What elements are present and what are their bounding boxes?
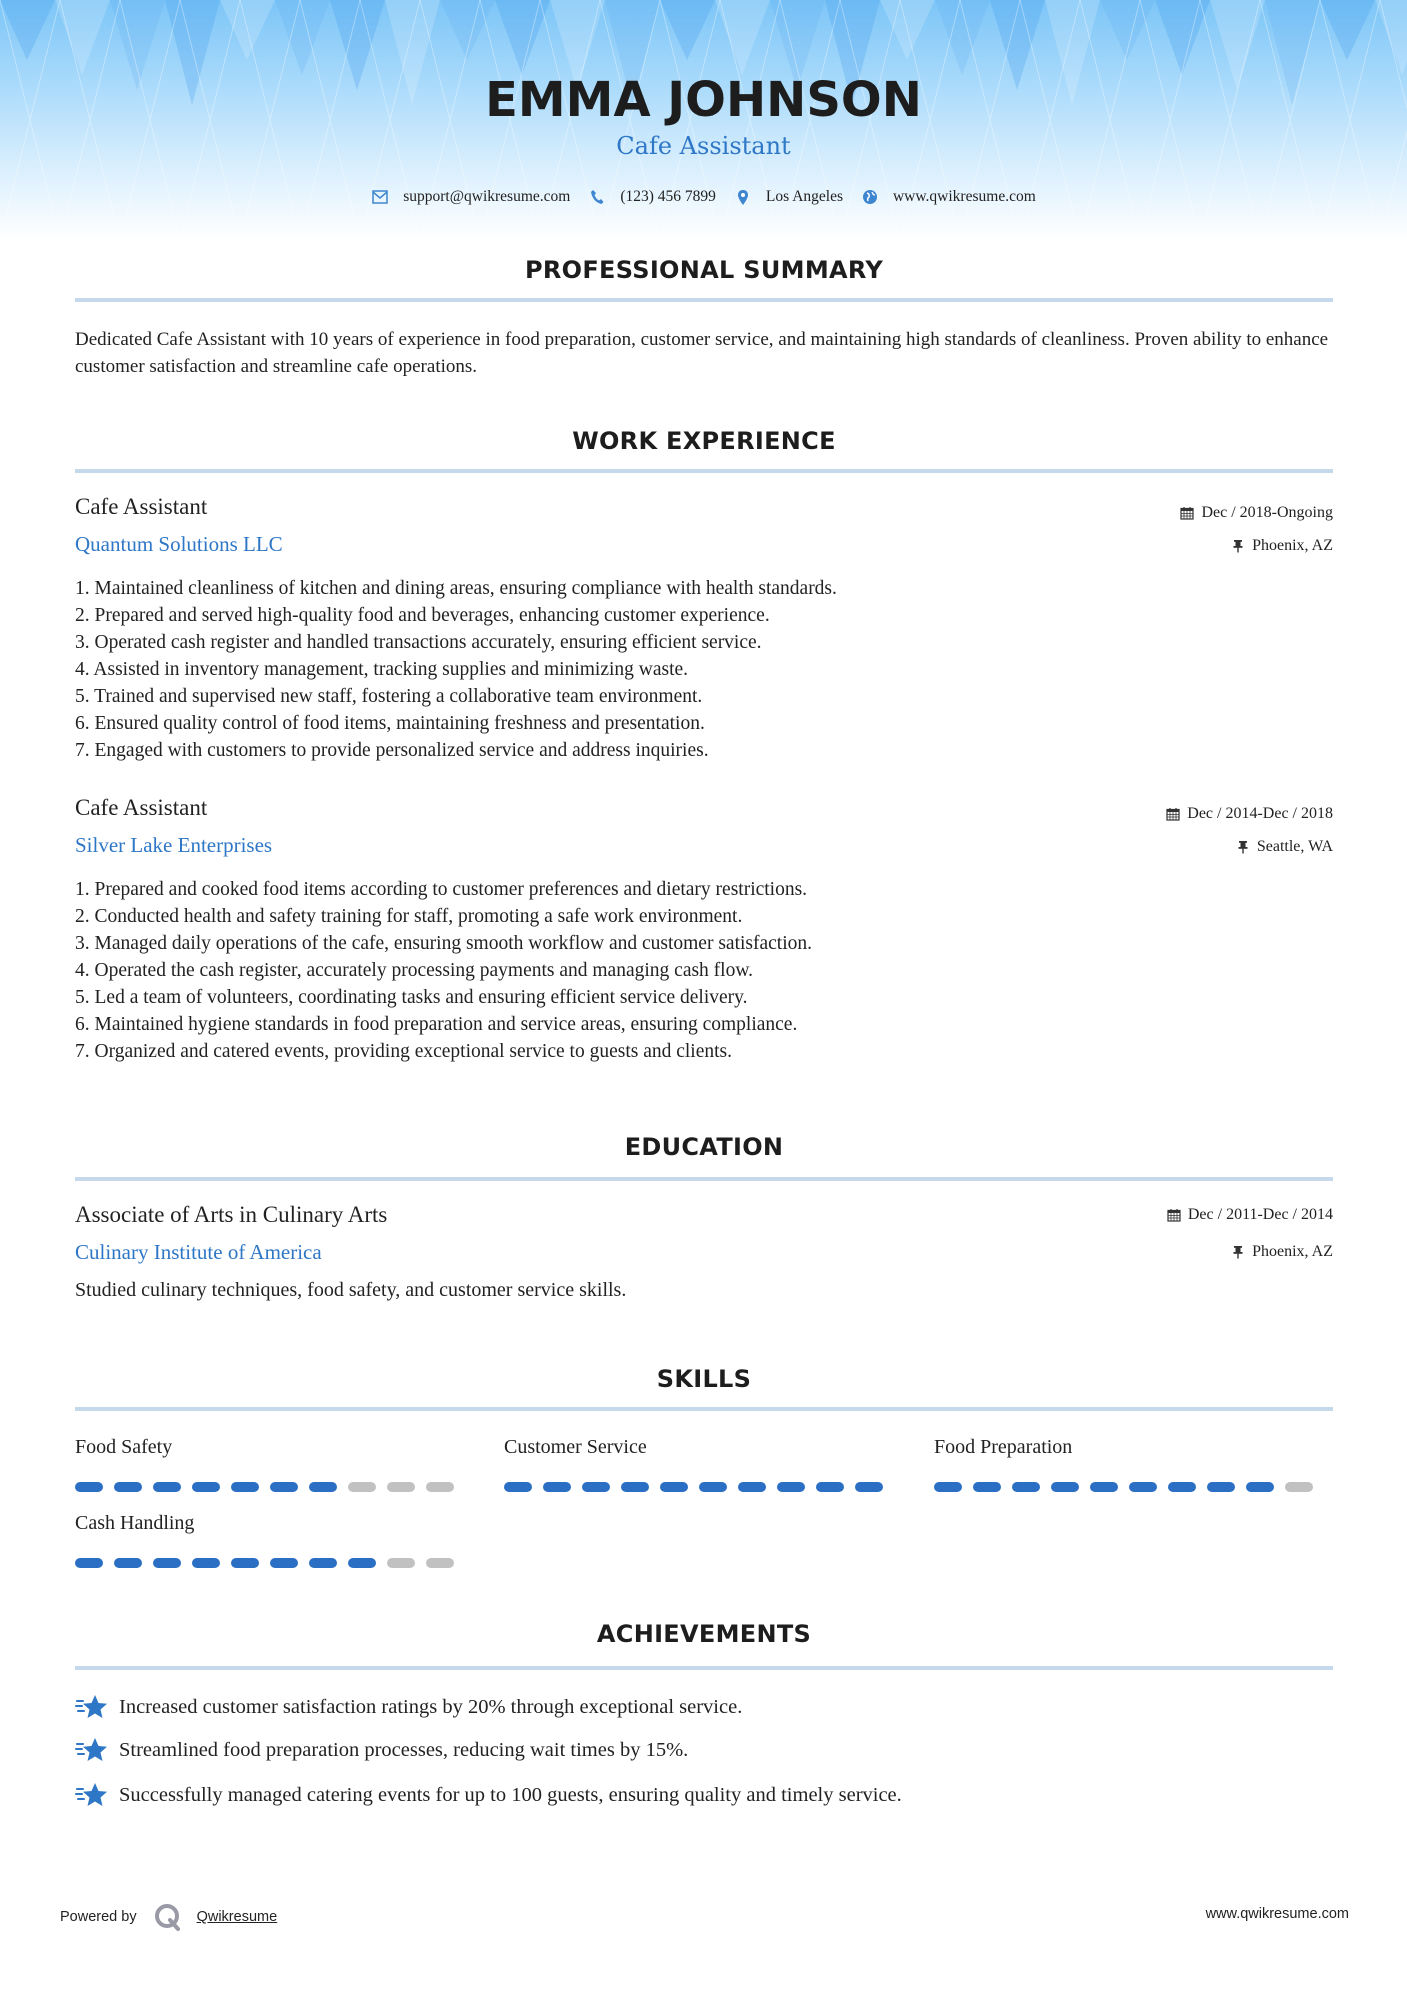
envelope-icon: [371, 188, 389, 206]
skill-segment: [543, 1482, 571, 1492]
dates-text: Dec / 2011-Dec / 2014: [1188, 1206, 1333, 1224]
skill-name: Customer Service: [504, 1436, 647, 1459]
skill-segment: [231, 1482, 259, 1492]
skill-segment: [270, 1482, 298, 1492]
list-item: 5. Led a team of volunteers, coordinatin…: [75, 984, 812, 1011]
section-title-summary: PROFESSIONAL SUMMARY: [75, 256, 1333, 284]
list-item: 3. Managed daily operations of the cafe,…: [75, 930, 812, 957]
skill-segment: [231, 1558, 259, 1568]
section-title-education: EDUCATION: [75, 1133, 1333, 1161]
footer-website[interactable]: www.qwikresume.com: [1206, 1906, 1349, 1922]
contact-phone[interactable]: (123) 456 7899: [588, 188, 716, 206]
job-title: Cafe Assistant: [75, 795, 207, 821]
pushpin-icon: [1230, 538, 1246, 554]
job-location: Seattle, WA: [1235, 838, 1333, 856]
job-title: Cafe Assistant: [75, 494, 207, 520]
list-item: 2. Conducted health and safety training …: [75, 903, 812, 930]
list-item: 1. Maintained cleanliness of kitchen and…: [75, 575, 837, 602]
globe-icon: [861, 188, 879, 206]
skill-meter: [75, 1482, 454, 1492]
skill-segment: [1168, 1482, 1196, 1492]
phone-text: (123) 456 7899: [620, 188, 716, 206]
skill-segment: [153, 1482, 181, 1492]
section-divider: [75, 1177, 1333, 1181]
skill-segment: [114, 1558, 142, 1568]
phone-icon: [588, 188, 606, 206]
section-divider: [75, 469, 1333, 473]
powered-by-text: Powered by: [60, 1909, 137, 1925]
skill-segment: [387, 1558, 415, 1568]
list-item: 2. Prepared and served high-quality food…: [75, 602, 837, 629]
pushpin-icon: [1235, 839, 1251, 855]
list-item: 1. Prepared and cooked food items accord…: [75, 876, 812, 903]
job-bullets: 1. Prepared and cooked food items accord…: [75, 876, 812, 1065]
job-dates: Dec / 2018-Ongoing: [1179, 504, 1333, 522]
school-name: Culinary Institute of America: [75, 1240, 322, 1265]
candidate-name: EMMA JOHNSON: [0, 72, 1407, 128]
contact-location: Los Angeles: [734, 188, 843, 206]
section-divider: [75, 298, 1333, 302]
star-icon: [75, 1735, 109, 1765]
candidate-role: Cafe Assistant: [0, 132, 1407, 160]
list-item: 4. Operated the cash register, accuratel…: [75, 957, 812, 984]
skill-segment: [348, 1482, 376, 1492]
skill-segment: [1012, 1482, 1040, 1492]
achievement-item: Increased customer satisfaction ratings …: [75, 1692, 742, 1722]
skill-meter: [75, 1558, 454, 1568]
skill-meter: [934, 1482, 1313, 1492]
skill-segment: [777, 1482, 805, 1492]
map-marker-icon: [734, 188, 752, 206]
skill-name: Cash Handling: [75, 1512, 194, 1535]
skill-segment: [192, 1558, 220, 1568]
skill-segment: [348, 1558, 376, 1568]
company-name: Quantum Solutions LLC: [75, 532, 283, 557]
skill-segment: [1090, 1482, 1118, 1492]
skill-segment: [192, 1482, 220, 1492]
list-item: 5. Trained and supervised new staff, fos…: [75, 683, 837, 710]
achievement-item: Successfully managed catering events for…: [75, 1780, 902, 1810]
skill-segment: [1246, 1482, 1274, 1492]
skill-segment: [621, 1482, 649, 1492]
star-icon: [75, 1692, 109, 1722]
achievement-text: Successfully managed catering events for…: [119, 1784, 902, 1807]
education-dates: Dec / 2011-Dec / 2014: [1166, 1206, 1333, 1224]
skill-segment: [973, 1482, 1001, 1492]
skill-segment: [699, 1482, 727, 1492]
skill-segment: [660, 1482, 688, 1492]
contact-email[interactable]: support@qwikresume.com: [371, 188, 570, 206]
calendar-icon: [1166, 1207, 1182, 1223]
list-item: 6. Maintained hygiene standards in food …: [75, 1011, 812, 1038]
skill-segment: [153, 1558, 181, 1568]
location-text: Seattle, WA: [1257, 838, 1333, 856]
star-icon: [75, 1780, 109, 1810]
list-item: 7. Engaged with customers to provide per…: [75, 737, 837, 764]
footer-powered-by: Powered by Qwikresume: [60, 1902, 277, 1932]
location-text: Los Angeles: [766, 188, 843, 206]
pushpin-icon: [1230, 1244, 1246, 1260]
skill-segment: [1207, 1482, 1235, 1492]
skill-segment: [270, 1558, 298, 1568]
section-divider: [75, 1407, 1333, 1411]
section-title-skills: SKILLS: [75, 1365, 1333, 1393]
list-item: 6. Ensured quality control of food items…: [75, 710, 837, 737]
job-dates: Dec / 2014-Dec / 2018: [1165, 805, 1333, 823]
contact-bar: support@qwikresume.com (123) 456 7899 Lo…: [0, 188, 1407, 206]
skill-segment: [738, 1482, 766, 1492]
location-text: Phoenix, AZ: [1252, 1243, 1333, 1261]
summary-text: Dedicated Cafe Assistant with 10 years o…: [75, 326, 1335, 380]
skill-segment: [114, 1482, 142, 1492]
qwikresume-link[interactable]: Qwikresume: [197, 1909, 278, 1925]
skill-segment: [426, 1558, 454, 1568]
skill-segment: [504, 1482, 532, 1492]
skill-segment: [75, 1558, 103, 1568]
skill-segment: [309, 1558, 337, 1568]
skill-segment: [387, 1482, 415, 1492]
job-bullets: 1. Maintained cleanliness of kitchen and…: [75, 575, 837, 764]
job-location: Phoenix, AZ: [1230, 537, 1333, 555]
email-text: support@qwikresume.com: [403, 188, 570, 206]
dates-text: Dec / 2018-Ongoing: [1201, 504, 1333, 522]
contact-website[interactable]: www.qwikresume.com: [861, 188, 1036, 206]
skill-name: Food Safety: [75, 1436, 172, 1459]
skill-segment: [934, 1482, 962, 1492]
dates-text: Dec / 2014-Dec / 2018: [1187, 805, 1333, 823]
skill-segment: [816, 1482, 844, 1492]
skill-segment: [855, 1482, 883, 1492]
education-location: Phoenix, AZ: [1230, 1243, 1333, 1261]
website-text: www.qwikresume.com: [893, 188, 1036, 206]
section-title-achievements: ACHIEVEMENTS: [75, 1620, 1333, 1648]
education-description: Studied culinary techniques, food safety…: [75, 1277, 1335, 1304]
skill-segment: [309, 1482, 337, 1492]
list-item: 3. Operated cash register and handled tr…: [75, 629, 837, 656]
list-item: 4. Assisted in inventory management, tra…: [75, 656, 837, 683]
skill-segment: [1051, 1482, 1079, 1492]
section-title-experience: WORK EXPERIENCE: [75, 427, 1333, 455]
calendar-icon: [1179, 505, 1195, 521]
list-item: 7. Organized and catered events, providi…: [75, 1038, 812, 1065]
skill-meter: [504, 1482, 883, 1492]
skill-segment: [426, 1482, 454, 1492]
degree-title: Associate of Arts in Culinary Arts: [75, 1202, 387, 1228]
skill-segment: [582, 1482, 610, 1492]
achievement-text: Increased customer satisfaction ratings …: [119, 1696, 742, 1719]
achievement-item: Streamlined food preparation processes, …: [75, 1735, 688, 1765]
skill-segment: [75, 1482, 103, 1492]
skill-name: Food Preparation: [934, 1436, 1072, 1459]
section-divider: [75, 1666, 1333, 1670]
company-name: Silver Lake Enterprises: [75, 833, 272, 858]
skill-segment: [1285, 1482, 1313, 1492]
calendar-icon: [1165, 806, 1181, 822]
location-text: Phoenix, AZ: [1252, 537, 1333, 555]
skill-segment: [1129, 1482, 1157, 1492]
qwikresume-logo-icon: [153, 1902, 183, 1932]
achievement-text: Streamlined food preparation processes, …: [119, 1739, 688, 1762]
